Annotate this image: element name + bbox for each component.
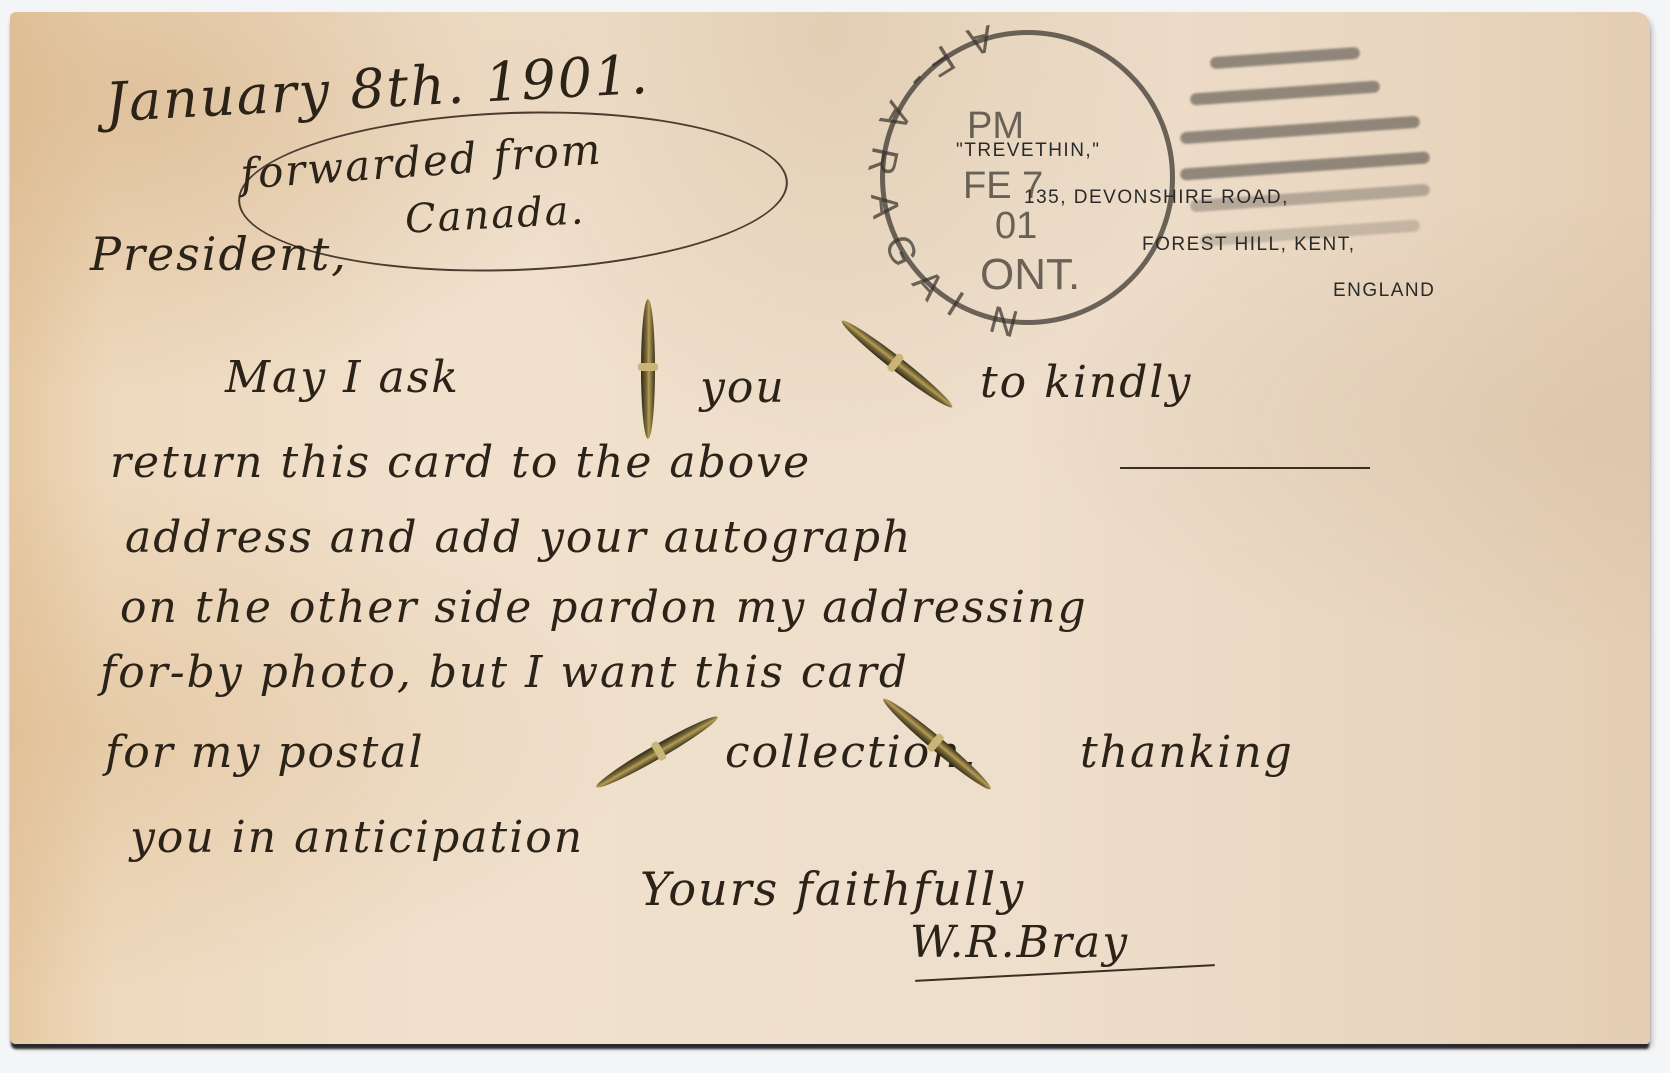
- body-line: for-by photo, but I want this card: [100, 647, 909, 698]
- body-line: thanking: [1080, 727, 1294, 778]
- address-locality: FOREST HILL, KENT,: [1142, 234, 1356, 256]
- address-street: 135, DEVONSHIRE ROAD,: [1024, 187, 1289, 209]
- brass-fastener: [593, 711, 721, 793]
- postmark-letter: G: [874, 228, 926, 274]
- body-line: May I ask: [225, 352, 460, 403]
- postmark-letter: N: [984, 298, 1024, 347]
- closing: Yours faithfully: [640, 862, 1025, 916]
- salutation: President,: [90, 227, 348, 281]
- postmark-letter: R: [857, 143, 905, 181]
- address-country: ENGLAND: [1333, 280, 1435, 302]
- body-line: you: [700, 362, 786, 413]
- brass-fastener: [641, 299, 655, 439]
- body-line: you in anticipation: [130, 812, 584, 863]
- body-line: address and add your autograph: [125, 512, 912, 563]
- postmark-letter: A: [960, 14, 997, 62]
- postmark-province: ONT.: [980, 250, 1080, 300]
- postmark: N I A G A R A - F A PM FE 7 01 ONT.: [880, 30, 1175, 325]
- postmark-letter: A: [868, 94, 919, 139]
- postmark-letter: A: [860, 191, 906, 223]
- body-line: to kindly: [980, 357, 1192, 408]
- body-line: on the other side pardon my addressing: [120, 582, 1088, 633]
- postmark-letter: A: [903, 261, 953, 310]
- annotation-canada: Canada.: [404, 187, 586, 242]
- underline: [1120, 467, 1370, 469]
- address-house-name: "TREVETHIN,": [956, 140, 1100, 162]
- brass-fastener: [838, 315, 957, 412]
- body-line: return this card to the above: [110, 437, 811, 488]
- body-line: for my postal: [105, 727, 425, 778]
- postcard: January 8th. 1901. forwarded from Canada…: [10, 12, 1650, 1044]
- postmark-year: 01: [995, 205, 1037, 248]
- signature: W.R.Bray: [910, 917, 1129, 968]
